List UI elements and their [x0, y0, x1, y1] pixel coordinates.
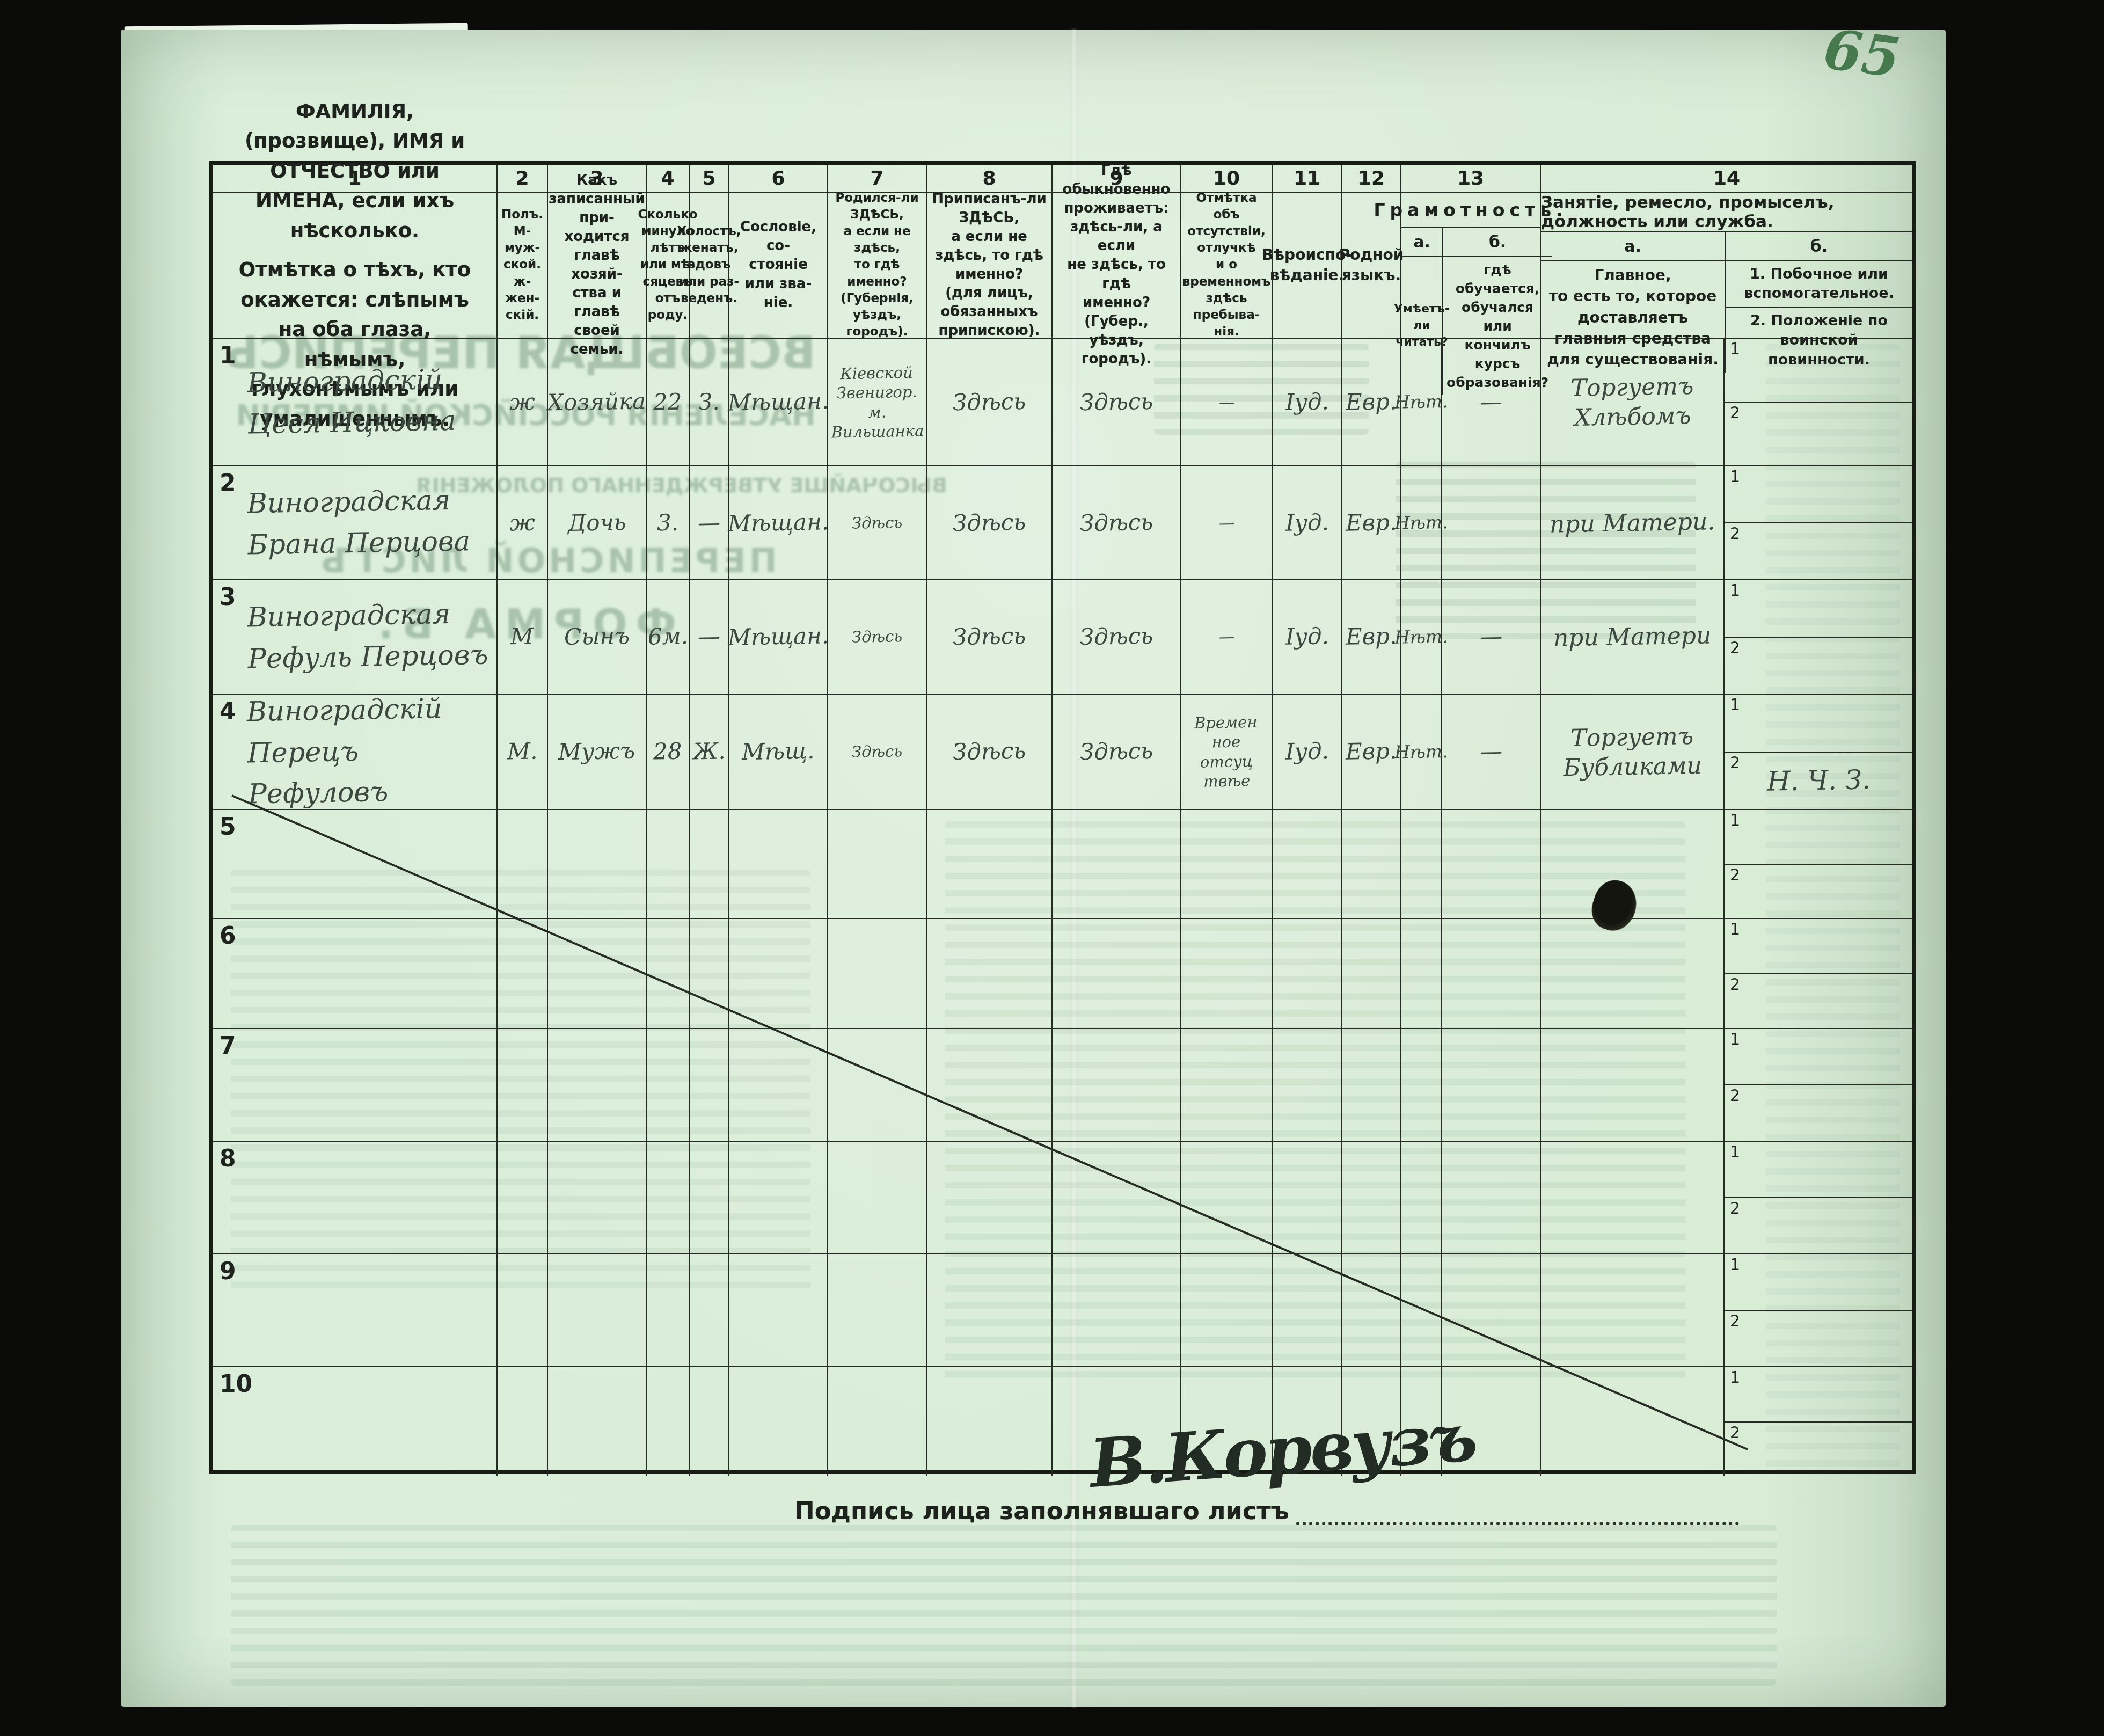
col-number-13: 13	[1401, 165, 1541, 192]
cell-literacy_read	[1401, 919, 1442, 1028]
cell-religion	[1273, 1029, 1342, 1141]
cell-sex: М.	[498, 695, 548, 809]
side-subrow: 1	[1725, 695, 1912, 753]
cell-birthplace	[828, 1367, 927, 1476]
cell-name: 10	[213, 1367, 498, 1476]
subrow-label: 2	[1730, 1424, 1740, 1442]
cell-relation: Сынъ	[548, 580, 647, 694]
cell-age: 6м.	[647, 580, 690, 694]
col-number-12: 12	[1342, 165, 1401, 192]
handwritten-name	[213, 971, 496, 976]
cell-age	[647, 810, 690, 918]
side-subrow: 1	[1725, 1142, 1912, 1198]
handwritten-value: Дочь	[567, 508, 626, 537]
cell-sex: ж	[498, 466, 548, 579]
side-subrow: 2	[1725, 1198, 1912, 1253]
cell-age	[647, 1029, 690, 1141]
row-number: 10	[220, 1370, 252, 1398]
handwritten-value: Здѣсь	[1079, 737, 1153, 767]
cell-occupation-side: 12	[1725, 1254, 1912, 1366]
side-subrow: 1	[1725, 810, 1912, 865]
cell-language	[1342, 1254, 1401, 1366]
cell-literacy_where: —	[1442, 695, 1541, 809]
cell-relation: Хозяйка	[548, 339, 647, 465]
cell-estate	[729, 1254, 828, 1366]
subrow-label: 1	[1730, 920, 1740, 939]
subrow-label: 1	[1730, 1030, 1740, 1049]
handwritten-value: Здѣсь	[952, 508, 1026, 538]
cell-occupation_main: при Матери	[1541, 580, 1725, 694]
header-religion: Вѣроиспо- вѣданіе.	[1273, 193, 1342, 338]
header-marital: Холостъ, женатъ, вдовъ или раз- веденъ.	[690, 193, 729, 338]
handwritten-value: —	[698, 508, 721, 537]
handwritten-value: Евр.	[1346, 388, 1397, 417]
handwritten-value: Здѣсь	[952, 388, 1026, 417]
cell-residence	[1053, 1254, 1181, 1366]
cell-language: Евр.	[1342, 580, 1401, 694]
cell-relation	[548, 1254, 647, 1366]
subrow-label: 1	[1730, 581, 1740, 600]
cell-sex	[498, 1367, 548, 1476]
handwritten-value: Евр.	[1346, 508, 1397, 537]
header-literacy-title: Грамотность.	[1401, 193, 1540, 228]
header-sex: Полъ. М-муж- ской. ж-жен- скій.	[498, 193, 548, 338]
header-residence: Гдѣ обыкновенно проживаетъ: здѣсь-ли, а …	[1053, 193, 1181, 338]
side-subrow: 2	[1725, 403, 1912, 465]
handwritten-name	[213, 1308, 496, 1312]
signature-row: Подпись лица заполнявшаго листъ	[794, 1497, 1739, 1525]
cell-language	[1342, 1142, 1401, 1253]
cell-language	[1342, 919, 1401, 1028]
cell-language	[1342, 1029, 1401, 1141]
subrow-label: 2	[1730, 1312, 1740, 1331]
cell-literacy_where	[1442, 1254, 1541, 1366]
handwritten-value: М	[510, 623, 534, 651]
cell-relation	[548, 1029, 647, 1141]
col-number-5: 5	[690, 165, 729, 192]
cell-absence	[1181, 919, 1273, 1028]
cell-name: 6	[213, 919, 498, 1028]
side-subrow: 1	[1725, 466, 1912, 523]
cell-sex: ж	[498, 339, 548, 465]
cell-religion: Іуд.	[1273, 466, 1342, 579]
subrow-label: 2	[1730, 404, 1740, 422]
cell-sex: М	[498, 580, 548, 694]
cell-literacy_read	[1401, 810, 1442, 918]
cell-residence: Здѣсь	[1053, 580, 1181, 694]
cell-marital: —	[690, 466, 729, 579]
cell-birthplace: Кіевской Звенигор. м. Вильшанка	[828, 339, 927, 465]
row-number: 9	[220, 1258, 236, 1285]
header-name: ФАМИЛІЯ, (прозвище), ИМЯ и ОТЧЕСТВО или …	[213, 193, 498, 338]
cell-relation	[548, 1367, 647, 1476]
side-subrow: 2	[1725, 1085, 1912, 1141]
cell-literacy_where: —	[1442, 339, 1541, 465]
subrow-label: 2	[1730, 866, 1740, 885]
cell-marital: З.	[690, 339, 729, 465]
cell-absence: —	[1181, 466, 1273, 579]
table-row: 712	[213, 1029, 1912, 1142]
cell-marital	[690, 1254, 729, 1366]
cell-occupation-side: 12	[1725, 810, 1912, 918]
handwritten-value: 22	[653, 388, 682, 416]
handwritten-value: Сынъ	[564, 622, 630, 652]
table-row: 1Виноградскій Цеся ИцковнажХозяйка22З.Мѣ…	[213, 339, 1912, 466]
cell-literacy_read: Нѣт.	[1401, 580, 1442, 694]
handwritten-value: Здѣсь	[1079, 508, 1153, 538]
handwritten-value: Евр.	[1346, 622, 1397, 651]
cell-religion: Іуд.	[1273, 580, 1342, 694]
cell-occupation_main: при Матери.	[1541, 466, 1725, 579]
census-table: 1 2 3 4 5 6 7 8 9 10 11 12 13 14 ФАМИЛІЯ…	[209, 161, 1916, 1474]
cell-registered: Здѣсь	[927, 580, 1053, 694]
subrow-label: 2	[1730, 1199, 1740, 1218]
handwritten-value: —	[1480, 623, 1503, 651]
side-subrow: 2	[1725, 523, 1912, 579]
handwritten-value: Мѣщан.	[727, 508, 829, 538]
handwritten-value: Мужъ	[558, 737, 635, 767]
subrow-label: 1	[1730, 696, 1740, 714]
handwritten-value: Евр.	[1346, 737, 1397, 766]
cell-marital	[690, 1029, 729, 1141]
cell-age: 22	[647, 339, 690, 465]
handwritten-value: —	[1480, 738, 1503, 766]
subrow-label: 1	[1730, 1368, 1740, 1387]
header-literacy-a-label: а.	[1401, 228, 1442, 257]
cell-occupation_main	[1541, 1254, 1725, 1366]
cell-birthplace: Здѣсь	[828, 580, 927, 694]
side-subrow: 2	[1725, 1423, 1912, 1477]
handwritten-value: Торгуетъ Хлѣбомъ	[1570, 371, 1694, 433]
cell-absence: Времен ное отсуц твѣе	[1181, 695, 1273, 809]
col-number-6: 6	[729, 165, 828, 192]
cell-estate	[729, 1142, 828, 1253]
table-row: 512	[213, 810, 1912, 919]
subrow-label: 1	[1730, 1256, 1740, 1274]
cell-age	[647, 1254, 690, 1366]
header-birthplace: Родился-ли ЗДѢСЬ, а если не здѣсь, то гд…	[828, 193, 927, 338]
cell-language: Евр.	[1342, 339, 1401, 465]
subrow-label: 2	[1730, 524, 1740, 543]
handwritten-value: —	[1480, 388, 1503, 416]
row-number: 6	[220, 922, 236, 950]
scanned-census-sheet: ВСЕОБЩАЯ ПЕРЕПИСЬ НАСЕЛЕНІЯ РОССІЙСКОЙ И…	[0, 0, 2104, 1736]
cell-marital: Ж.	[690, 695, 729, 809]
subrow-label: 1	[1730, 1143, 1740, 1162]
cell-occupation-side: 12	[1725, 580, 1912, 694]
header-literacy: Грамотность. а. Умѣетъ- ли читать? б. гд…	[1401, 193, 1541, 338]
cell-absence: —	[1181, 339, 1273, 465]
side-subrow: 1	[1725, 1029, 1912, 1085]
cell-religion	[1273, 810, 1342, 918]
cell-name: 5	[213, 810, 498, 918]
cell-sex	[498, 1029, 548, 1141]
side-subrow: 1	[1725, 1367, 1912, 1423]
cell-birthplace	[828, 1029, 927, 1141]
header-registered: Приписанъ-ли ЗДѢСЬ, а если не здѣсь, то …	[927, 193, 1053, 338]
handwritten-value: Здѣсь	[852, 513, 903, 533]
cell-estate	[729, 1029, 828, 1141]
header-name-line1: ФАМИЛІЯ, (прозвище), ИМЯ и ОТЧЕСТВО или …	[227, 97, 483, 246]
handwritten-value: Мѣщ.	[742, 737, 815, 767]
handwritten-name: Виноградскій Перецъ Рефуловъ	[212, 688, 498, 816]
cell-religion: Іуд.	[1273, 695, 1342, 809]
side-subrow: 1	[1725, 339, 1912, 403]
handwritten-value: Іуд.	[1285, 623, 1329, 652]
cell-occupation-side: 12	[1725, 1367, 1912, 1476]
cell-absence	[1181, 1254, 1273, 1366]
cell-residence	[1053, 1142, 1181, 1253]
handwritten-value: ж	[509, 388, 536, 416]
handwritten-value: —	[1218, 627, 1234, 647]
cell-registered	[927, 1142, 1053, 1253]
column-header-row: ФАМИЛІЯ, (прозвище), ИМЯ и ОТЧЕСТВО или …	[213, 193, 1912, 339]
cell-sex	[498, 810, 548, 918]
handwritten-value: Времен ное отсуц твѣе	[1194, 712, 1259, 791]
handwritten-name	[213, 1419, 496, 1424]
side-subrow: 2	[1725, 974, 1912, 1029]
row-number: 8	[220, 1145, 236, 1172]
cell-literacy_where: —	[1442, 580, 1541, 694]
cell-residence: Здѣсь	[1053, 466, 1181, 579]
side-subrow: 1	[1725, 919, 1912, 974]
col-number-11: 11	[1273, 165, 1342, 192]
cell-estate	[729, 1367, 828, 1476]
signature-label: Подпись лица заполнявшаго листъ	[794, 1497, 1289, 1525]
handwritten-value: Здѣсь	[1079, 388, 1153, 417]
col-number-7: 7	[828, 165, 927, 192]
table-row: 812	[213, 1142, 1912, 1254]
cell-literacy_where	[1442, 919, 1541, 1028]
cell-marital	[690, 1367, 729, 1476]
header-occupation: Занятіе, ремесло, промыселъ, должность и…	[1541, 193, 1912, 338]
cell-registered: Здѣсь	[927, 339, 1053, 465]
header-absence: Отмѣтка объ отсутствіи, отлучкѣ и о врем…	[1181, 193, 1273, 338]
cell-residence	[1053, 1029, 1181, 1141]
handwritten-value: 3.	[656, 508, 678, 537]
handwritten-value: Нѣт.	[1394, 740, 1448, 763]
handwritten-value: Здѣсь	[952, 622, 1026, 652]
side-subrow: 2Н. Ч. З.	[1725, 753, 1912, 809]
cell-occupation-side: 12Н. Ч. З.	[1725, 695, 1912, 809]
cell-estate: Мѣщан.	[729, 466, 828, 579]
cell-marital	[690, 1142, 729, 1253]
cell-occupation-side: 12	[1725, 1142, 1912, 1253]
cell-occupation_main: Торгуетъ Бубликами	[1541, 695, 1725, 809]
cell-age: 3.	[647, 466, 690, 579]
handwritten-value: —	[698, 623, 721, 651]
cell-absence: —	[1181, 580, 1273, 694]
cell-registered	[927, 1029, 1053, 1141]
handwritten-value: Нѣт.	[1394, 391, 1448, 414]
subrow-label: 1	[1730, 468, 1740, 486]
cell-literacy_read: Нѣт.	[1401, 695, 1442, 809]
cell-occupation_main	[1541, 919, 1725, 1028]
cell-birthplace	[828, 810, 927, 918]
cell-sex	[498, 1142, 548, 1253]
cell-estate: Мѣщан.	[729, 580, 828, 694]
cell-absence	[1181, 810, 1273, 918]
cell-estate	[729, 810, 828, 918]
cell-occupation_main: Торгуетъ Хлѣбомъ	[1541, 339, 1725, 465]
cell-occupation_main	[1541, 1029, 1725, 1141]
handwritten-value: ж	[509, 508, 536, 537]
cell-religion: Іуд.	[1273, 339, 1342, 465]
cell-birthplace	[828, 1254, 927, 1366]
col-number-14: 14	[1541, 165, 1912, 192]
cell-registered	[927, 919, 1053, 1028]
cell-literacy_where	[1442, 1142, 1541, 1253]
cell-age	[647, 919, 690, 1028]
col-number-8: 8	[927, 165, 1053, 192]
handwritten-name: Виноградская Рефуль Перцовъ	[213, 593, 498, 680]
handwritten-value: Н. Ч. З.	[1766, 763, 1871, 798]
cell-language: Евр.	[1342, 466, 1401, 579]
cell-name: 4Виноградскій Перецъ Рефуловъ	[213, 695, 498, 809]
header-occupation-b1: 1. Побочное или вспомогательное.	[1726, 261, 1912, 308]
cell-age: 28	[647, 695, 690, 809]
cell-relation	[548, 919, 647, 1028]
table-row: 3Виноградская Рефуль ПерцовъМСынъ6м.—Мѣщ…	[213, 580, 1912, 695]
cell-relation: Мужъ	[548, 695, 647, 809]
cell-occupation-side: 12	[1725, 919, 1912, 1028]
header-literacy-b-label: б.	[1443, 228, 1552, 257]
handwritten-name: Виноградскій Цеся Ицковна	[213, 359, 498, 446]
subrow-label: 2	[1730, 639, 1740, 658]
handwritten-value: Здѣсь	[852, 742, 903, 762]
header-occupation-b-label: б.	[1726, 232, 1912, 261]
cell-literacy_read	[1401, 1254, 1442, 1366]
cell-language	[1342, 810, 1401, 918]
cell-relation: Дочь	[548, 466, 647, 579]
handwritten-value: Іуд.	[1285, 738, 1329, 767]
side-subrow: 2	[1725, 865, 1912, 918]
table-row: 1012	[213, 1367, 1912, 1476]
table-row: 2Виноградская Брана ПерцоважДочь3.—Мѣщан…	[213, 466, 1912, 580]
cell-literacy_read: Нѣт.	[1401, 339, 1442, 465]
side-subrow: 1	[1725, 1254, 1912, 1311]
cell-registered	[927, 1367, 1053, 1476]
side-subrow: 2	[1725, 1311, 1912, 1366]
handwritten-value: Нѣт.	[1394, 512, 1448, 535]
cell-literacy_read: Нѣт.	[1401, 466, 1442, 579]
cell-religion	[1273, 919, 1342, 1028]
table-row: 4Виноградскій Перецъ РефуловъМ.Мужъ28Ж.М…	[213, 695, 1912, 810]
handwritten-value: Здѣсь	[952, 737, 1026, 767]
cell-absence	[1181, 1029, 1273, 1141]
cell-residence: Здѣсь	[1053, 339, 1181, 465]
handwritten-value: М.	[507, 738, 537, 766]
col-number-10: 10	[1181, 165, 1273, 192]
row-number: 7	[220, 1032, 236, 1060]
handwritten-value: Мѣщан.	[727, 387, 829, 417]
header-estate: Сословіе, со- стояніе или зва- ніе.	[729, 193, 828, 338]
cell-name: 8	[213, 1142, 498, 1253]
handwritten-name: Виноградская Брана Перцова	[213, 479, 498, 566]
cell-registered: Здѣсь	[927, 695, 1053, 809]
cell-registered: Здѣсь	[927, 466, 1053, 579]
cell-occupation-side: 12	[1725, 339, 1912, 465]
handwritten-value: З.	[698, 388, 720, 416]
cell-registered	[927, 810, 1053, 918]
cell-age	[647, 1142, 690, 1253]
handwritten-value: Ж.	[692, 738, 725, 767]
cell-occupation-side: 12	[1725, 466, 1912, 579]
cell-literacy_where	[1442, 1029, 1541, 1141]
cell-birthplace: Здѣсь	[828, 466, 927, 579]
handwritten-value: при Матери.	[1549, 507, 1715, 539]
cell-sex	[498, 1254, 548, 1366]
cell-estate	[729, 919, 828, 1028]
cell-residence	[1053, 810, 1181, 918]
subrow-label: 2	[1730, 754, 1740, 772]
header-occupation-a-label: а.	[1541, 232, 1725, 261]
subrow-label: 1	[1730, 811, 1740, 830]
signature-line	[1296, 1501, 1739, 1525]
page-number-annotation: 65	[1820, 17, 1904, 90]
handwritten-value: Торгуетъ Бубликами	[1562, 721, 1702, 782]
cell-religion	[1273, 1142, 1342, 1253]
cell-occupation_main	[1541, 1142, 1725, 1253]
handwritten-value: при Матери	[1553, 621, 1711, 653]
handwritten-value: 6м.	[647, 623, 688, 652]
cell-name: 9	[213, 1254, 498, 1366]
bleedthrough-paragraph	[231, 1525, 1777, 1686]
cell-birthplace: Здѣсь	[828, 695, 927, 809]
handwritten-value: Хозяйка	[547, 387, 646, 417]
cell-occupation_main	[1541, 1367, 1725, 1476]
handwritten-name	[213, 1195, 496, 1200]
cell-religion	[1273, 1254, 1342, 1366]
header-occupation-title: Занятіе, ремесло, промыселъ, должность и…	[1541, 193, 1912, 232]
col-number-2: 2	[498, 165, 548, 192]
handwritten-value: Іуд.	[1285, 388, 1329, 417]
handwritten-value: Здѣсь	[1079, 622, 1153, 652]
row-number: 5	[220, 813, 236, 841]
cell-literacy_where	[1442, 466, 1541, 579]
cell-registered	[927, 1254, 1053, 1366]
cell-literacy_read	[1401, 1142, 1442, 1253]
cell-estate: Мѣщ.	[729, 695, 828, 809]
cell-name: 3Виноградская Рефуль Перцовъ	[213, 580, 498, 694]
cell-age	[647, 1367, 690, 1476]
cell-relation	[548, 1142, 647, 1253]
cell-marital	[690, 810, 729, 918]
cell-birthplace	[828, 919, 927, 1028]
handwritten-value: —	[1218, 513, 1234, 533]
cell-literacy_where	[1442, 810, 1541, 918]
subrow-label: 2	[1730, 1086, 1740, 1105]
cell-residence	[1053, 919, 1181, 1028]
cell-residence: Здѣсь	[1053, 695, 1181, 809]
handwritten-value: Мѣщан.	[727, 622, 829, 652]
side-subrow: 2	[1725, 638, 1912, 694]
subrow-label: 1	[1730, 340, 1740, 359]
subrow-label: 2	[1730, 975, 1740, 994]
handwritten-value: —	[1218, 392, 1234, 412]
table-row: 612	[213, 919, 1912, 1029]
header-relation: Какъ записанный при- ходится главѣ хозяй…	[548, 193, 647, 338]
handwritten-value: Кіевской Звенигор. м. Вильшанка	[828, 362, 927, 442]
cell-name: 1Виноградскій Цеся Ицковна	[213, 339, 498, 465]
handwritten-name	[213, 1082, 496, 1087]
cell-sex	[498, 919, 548, 1028]
cell-relation	[548, 810, 647, 918]
cell-marital: —	[690, 580, 729, 694]
cell-marital	[690, 919, 729, 1028]
table-row: 912	[213, 1254, 1912, 1367]
cell-literacy_read	[1401, 1029, 1442, 1141]
